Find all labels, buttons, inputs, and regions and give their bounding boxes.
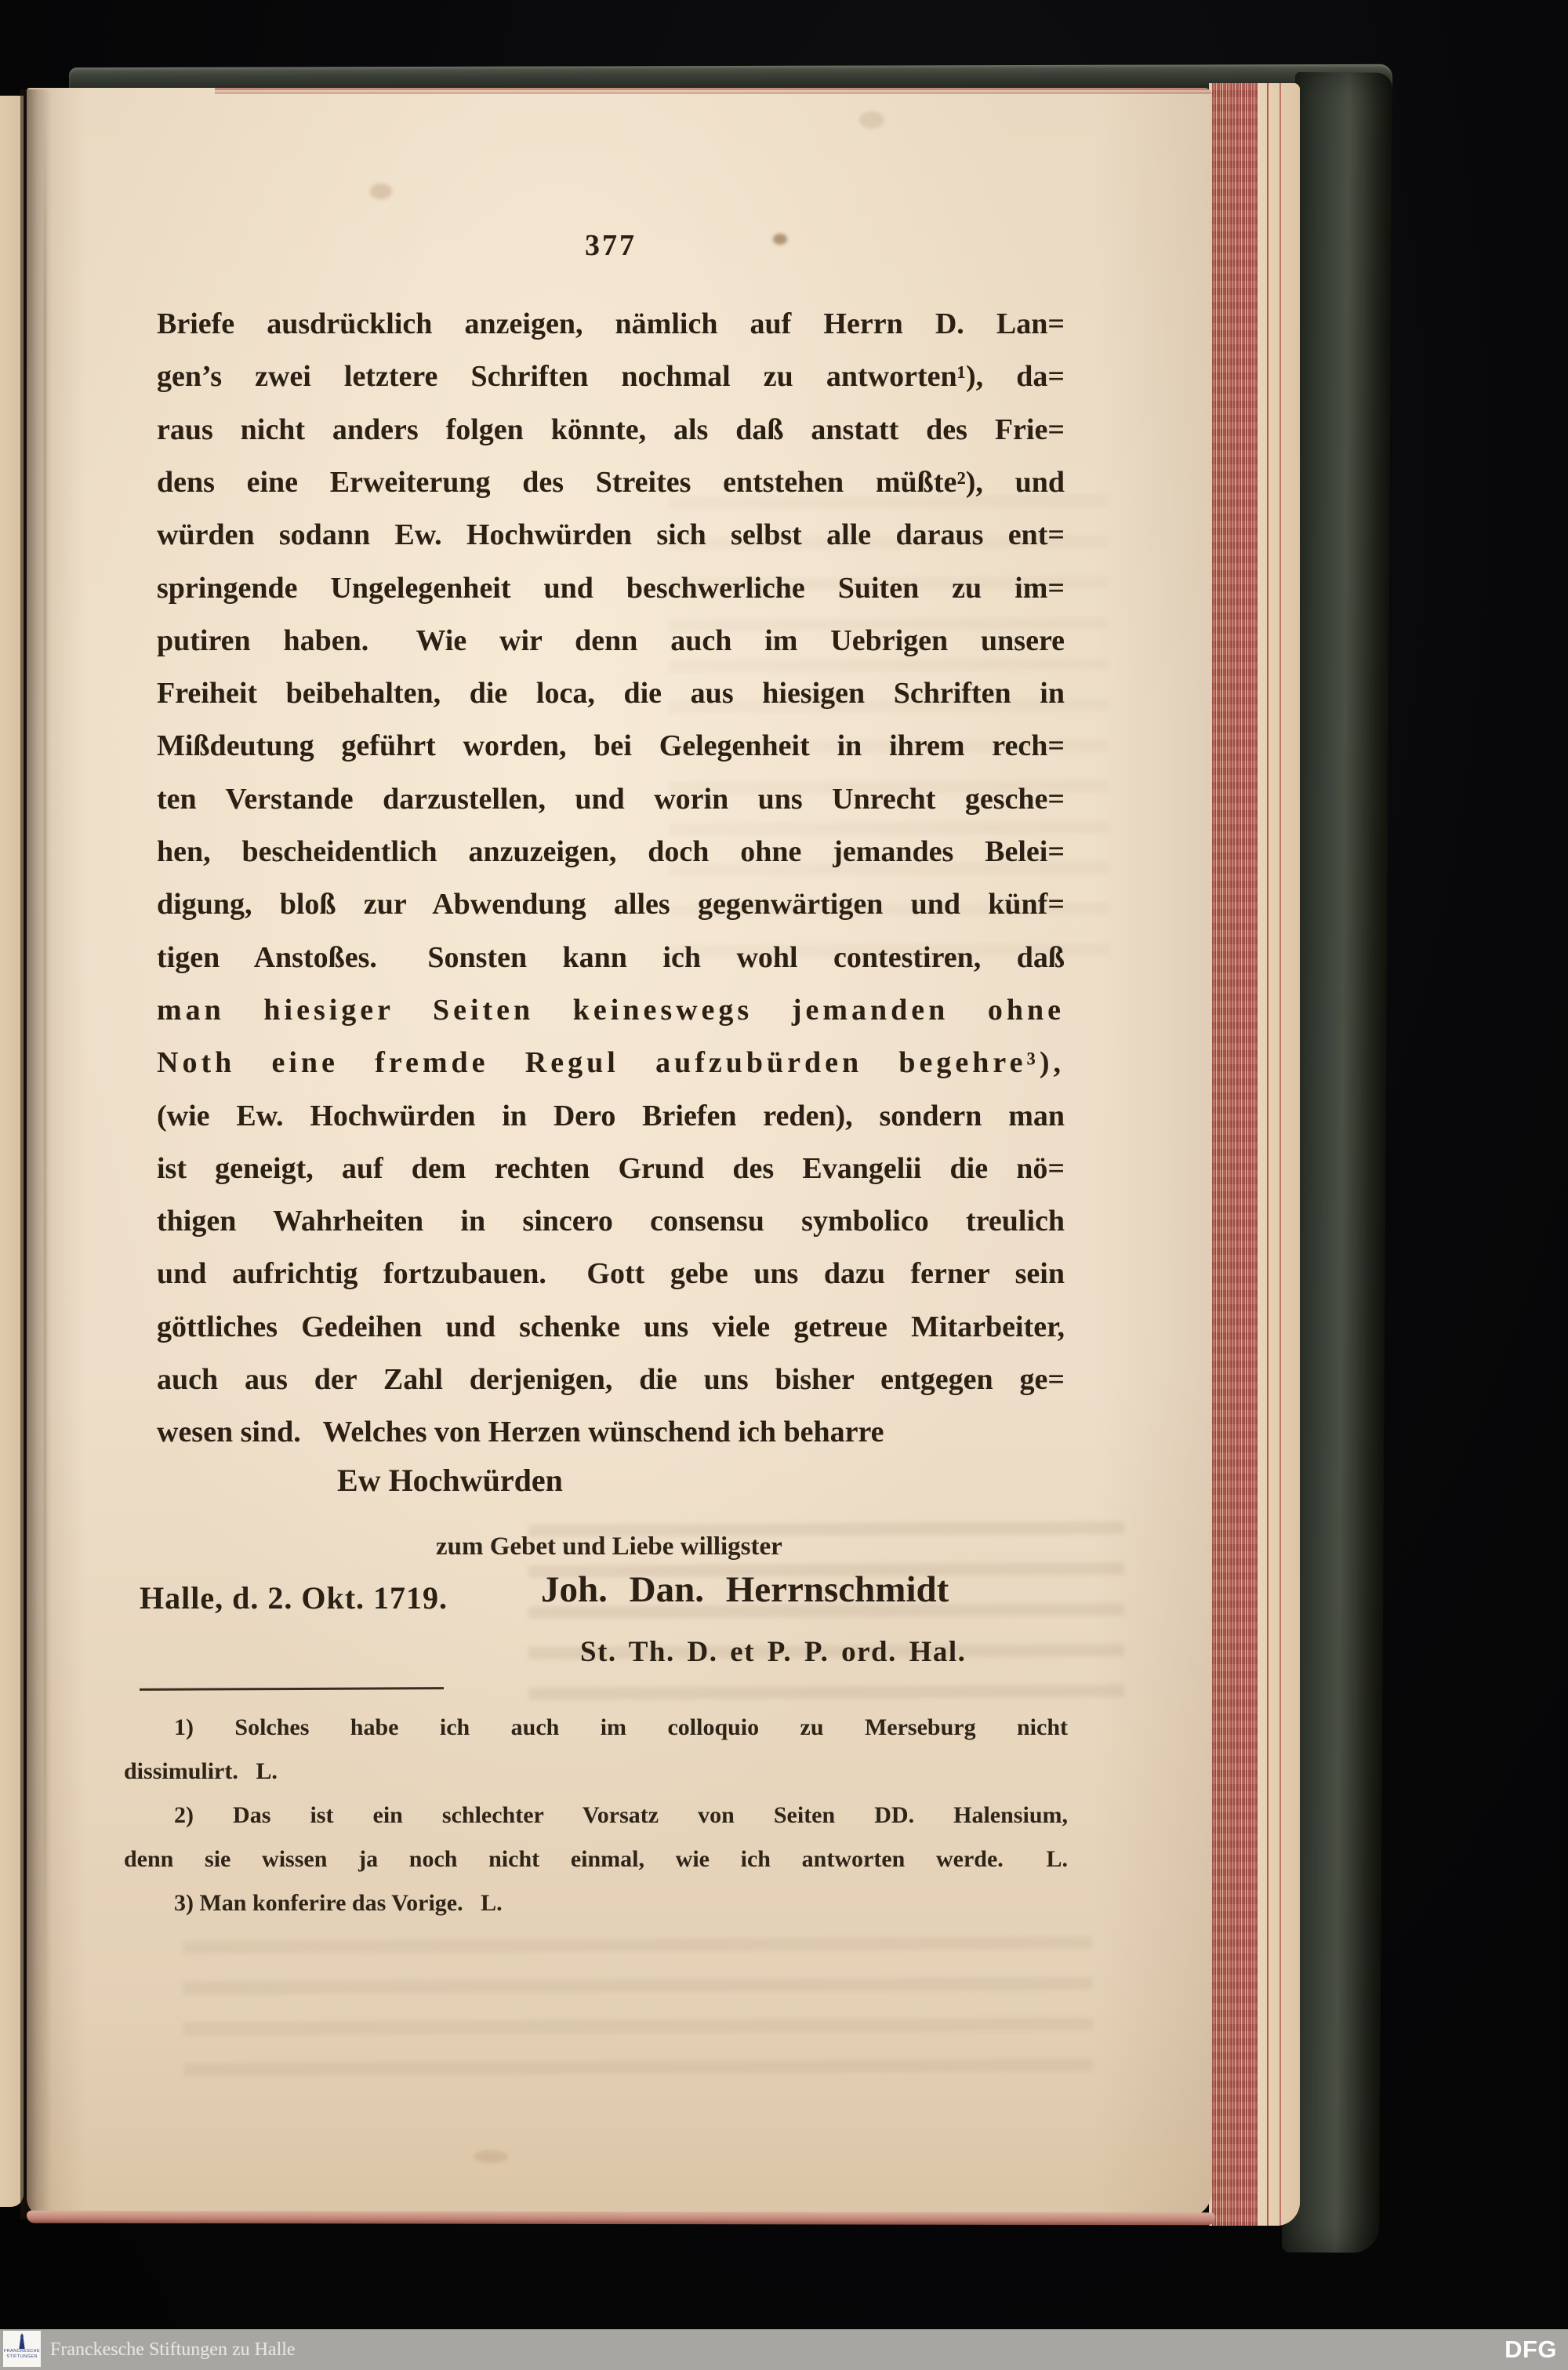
gutter-shadow xyxy=(20,89,52,2219)
provenance-label: Franckesche Stiftungen zu Halle xyxy=(50,2329,296,2370)
footnote-line: 3) Man konferire das Vorige. L. xyxy=(124,1890,1068,1916)
body-text-line: wesen sind. Welches von Herzen wünschend… xyxy=(157,1416,1065,1449)
ink-bleedthrough xyxy=(183,1936,1094,2082)
paper-stain xyxy=(370,184,392,199)
closing-valediction: zum Gebet und Liebe willigster xyxy=(436,1534,782,1560)
dateline: Halle, d. 2. Okt. 1719. xyxy=(140,1583,448,1614)
paper-stain xyxy=(474,2150,508,2163)
signature-name: Joh. Dan. Herrnschmidt xyxy=(541,1572,949,1608)
body-text-line: putiren haben. Wie wir denn auch im Uebr… xyxy=(157,625,1065,658)
signature-title: St. Th. D. et P. P. ord. Hal. xyxy=(580,1638,966,1667)
body-text-line: ten Verstande darzustellen, und worin un… xyxy=(157,783,1065,816)
body-text-line: Mißdeutung geführt worden, bei Gelegenhe… xyxy=(157,730,1065,763)
body-text-line: springende Ungelegenheit und beschwerlic… xyxy=(157,573,1065,605)
paper-stain xyxy=(859,111,884,129)
body-text-line: würden sodann Ew. Hochwürden sich selbst… xyxy=(157,519,1065,552)
body-text-line: hen, bescheidentlich anzuzeigen, doch oh… xyxy=(157,836,1065,869)
franckesche-logo: FRANCKESCHE STIFTUNGEN xyxy=(3,2331,41,2367)
franckesche-logo-icon xyxy=(17,2333,27,2349)
body-text-line: digung, bloß zur Abwendung alles gegenwä… xyxy=(157,889,1065,921)
page-number: 377 xyxy=(157,231,1065,260)
body-text-line: gen’s zwei letztere Schriften nochmal zu… xyxy=(157,361,1065,394)
body-text-line: (wie Ew. Hochwürden in Dero Briefen rede… xyxy=(157,1100,1065,1133)
body-text-line: tigen Anstoßes. Sonsten kann ich wohl co… xyxy=(157,942,1065,975)
body-text-line: ist geneigt, auf dem rechten Grund des E… xyxy=(157,1153,1065,1186)
fore-edge-page-lines xyxy=(1258,83,1300,2226)
book-page: 377 Briefe ausdrücklich anzeigen, nämlic… xyxy=(27,88,1212,2218)
fore-edge-red-stripes xyxy=(1212,83,1258,2226)
closing-salutation: Ew Hochwürden xyxy=(337,1465,563,1496)
page-bottom-edge-tint xyxy=(27,2211,1215,2226)
footer-bar: FRANCKESCHE STIFTUNGEN Franckesche Stift… xyxy=(0,2329,1568,2370)
footnote-line: denn sie wissen ja noch nicht einmal, wi… xyxy=(124,1846,1068,1872)
body-text-line: man hiesiger Seiten keineswegs jemanden … xyxy=(157,994,1065,1027)
body-text-line: dens eine Erweiterung des Streites entst… xyxy=(157,467,1065,500)
body-text-line: Briefe ausdrücklich anzeigen, nämlich au… xyxy=(157,308,1065,341)
body-text-line: raus nicht anders folgen könnte, als daß… xyxy=(157,414,1065,447)
franckesche-logo-text: FRANCKESCHE xyxy=(4,2349,40,2354)
body-text-line: Noth eine fremde Regul aufzubürden begeh… xyxy=(157,1047,1065,1080)
footnote-line: 1) Solches habe ich auch im colloquio zu… xyxy=(124,1714,1068,1740)
body-text-line: thigen Wahrheiten in sincero consensu sy… xyxy=(157,1205,1065,1238)
body-text-line: Freiheit beibehalten, die loca, die aus … xyxy=(157,678,1065,711)
dfg-logo: DFG xyxy=(1504,2329,1557,2370)
book-scan-viewport: 377 Briefe ausdrücklich anzeigen, nämlic… xyxy=(0,0,1568,2370)
franckesche-logo-text: STIFTUNGEN xyxy=(6,2354,37,2360)
footnote-line: dissimulirt. L. xyxy=(124,1758,1068,1784)
page-stack-fore-edge xyxy=(1209,83,1300,2226)
page-top-edge-tint xyxy=(215,88,1212,94)
body-text-line: göttliches Gedeihen und schenke uns viel… xyxy=(157,1311,1065,1344)
footnotes: 1) Solches habe ich auch im colloquio zu… xyxy=(124,1714,1068,1934)
body-text-line: auch aus der Zahl derjenigen, die uns bi… xyxy=(157,1364,1065,1397)
body-text-line: und aufrichtig fortzubauen. Gott gebe un… xyxy=(157,1258,1065,1291)
footnote-separator-rule xyxy=(140,1687,444,1691)
footnote-line: 2) Das ist ein schlechter Vorsatz von Se… xyxy=(124,1802,1068,1828)
